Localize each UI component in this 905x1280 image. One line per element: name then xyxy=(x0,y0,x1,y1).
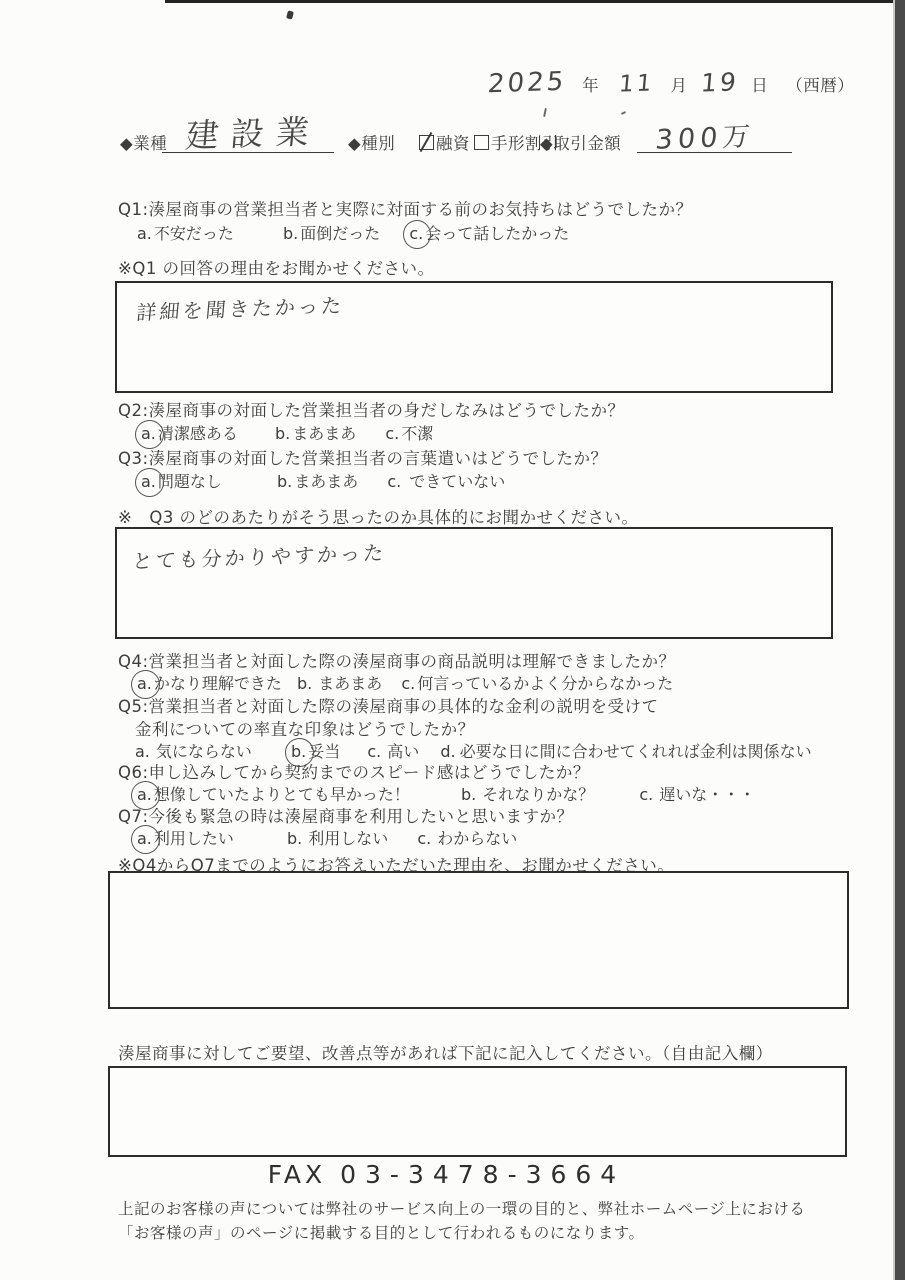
question-q5-text-line2: 金利についての率直な印象はどうでしたか？ xyxy=(135,716,475,740)
type-options: 融資手形割引 xyxy=(419,130,559,154)
industry-value-handwritten: 建設業 xyxy=(186,108,321,155)
q7-option-b-label: 利用しない xyxy=(308,826,388,849)
date-year-label: 年 xyxy=(582,72,599,96)
q1-reason-answer: 詳細を聞きたかった xyxy=(135,289,345,325)
fax-label: FAX xyxy=(268,1160,326,1189)
q3-option-a-letter-circled: a. xyxy=(141,472,156,491)
scan-speck xyxy=(286,10,294,19)
q3-reason-prompt: ※ Q3 のどのあたりがそう思ったのか具体的にお聞かせください。 xyxy=(118,504,639,528)
q6-option-c-label: 遅いな・・・ xyxy=(659,782,755,805)
date-era-note: （西暦） xyxy=(786,72,854,96)
q3-option-b-label: まあまあ xyxy=(294,469,358,492)
checkbox-bill-discount xyxy=(474,135,489,150)
amount-value-handwritten: 300万 xyxy=(656,116,755,155)
q4-option-a-letter-circled: a. xyxy=(137,674,152,693)
scanned-survey-form: 2025 年 11 月 19 日 （西暦） ◆業種 建設業 ◆種別 融資手形割引… xyxy=(0,0,905,1280)
q7-option-a-label: 利用したい xyxy=(154,826,234,849)
date-day-value: 19 xyxy=(700,67,740,97)
date-year-value: 2025 xyxy=(487,67,568,100)
question-q3-options: a.問題なし b.まあまあ c.できていない xyxy=(141,469,505,492)
question-q7-text: Q7:今後も緊急の時は湊屋商事を利用したいと思いますか？ xyxy=(118,803,574,827)
q1-option-c-label: 会って話したかった xyxy=(425,221,569,244)
q1-option-c-letter-circled: c. xyxy=(409,224,423,243)
q3-option-c-label: できていない xyxy=(409,469,505,492)
q1-option-b-label: 面倒だった xyxy=(300,221,380,244)
industry-underline xyxy=(162,152,334,153)
scan-edge-top xyxy=(165,0,905,3)
q3-reason-answer: とても分かりやすかった xyxy=(131,537,387,575)
q1-option-a-letter: a. xyxy=(137,224,152,243)
q6-option-a-letter-circled: a. xyxy=(137,785,152,804)
amount-label: ◆取引金額 xyxy=(540,130,621,154)
q2-option-c-letter: c. xyxy=(385,424,399,443)
q6-option-b-label: それなりかな？ xyxy=(482,782,594,805)
q2-option-b-label: まあまあ xyxy=(292,421,356,444)
date-line: 2025 年 11 月 19 日 （西暦） xyxy=(488,68,854,98)
question-q7-options: a.利用したい b.利用しない c.わからない xyxy=(137,826,517,849)
q7-option-c-letter: c. xyxy=(417,829,431,848)
question-q4-options: a.かなり理解できた b.まあまあ c.何言っているかよく分からなかった xyxy=(137,671,673,694)
footer-note-line2: 「お客様の声」のページに掲載する目的として行われるものになります。 xyxy=(118,1221,644,1243)
scan-speck xyxy=(543,108,547,117)
footer-note-line1: 上記のお客様の声については弊社のサービス向上の一環の目的と、弊社ホームページ上に… xyxy=(118,1197,805,1219)
q7-option-b-letter: b. xyxy=(287,829,302,848)
type-label: ◆種別 xyxy=(348,130,395,154)
scan-speck xyxy=(621,111,626,115)
date-month-label: 月 xyxy=(670,72,687,96)
q3-option-c-letter: c. xyxy=(387,472,401,491)
q1-option-b-letter: b. xyxy=(283,224,298,243)
question-q1-text: Q1:湊屋商事の営業担当者と実際に対面する前のお気持ちはどうでしたか？ xyxy=(118,196,693,220)
q3-reason-box: とても分かりやすかった xyxy=(115,527,833,639)
q1-option-a-label: 不安だった xyxy=(154,221,234,244)
q6-option-c-letter: c. xyxy=(639,785,653,804)
question-q2-text: Q2:湊屋商事の対面した営業担当者の身だしなみはどうでしたか？ xyxy=(118,397,625,421)
q2-option-b-letter: b. xyxy=(275,424,290,443)
question-q5-text-line1: Q5:営業担当者と対面した際の湊屋商事の具体的な金利の説明を受けて xyxy=(118,693,659,717)
industry-label: ◆業種 xyxy=(120,130,167,154)
question-q3-text: Q3:湊屋商事の対面した営業担当者の言葉遣いはどうでしたか？ xyxy=(118,445,608,469)
fax-number: 03-3478-3664 xyxy=(340,1160,625,1189)
amount-underline xyxy=(637,152,792,153)
q4-option-b-letter: b. xyxy=(297,674,312,693)
question-q4-text: Q4:営業担当者と対面した際の湊屋商事の商品説明は理解できましたか？ xyxy=(118,648,676,672)
q4-option-c-label: 何言っているかよく分からなかった xyxy=(417,671,673,694)
q2-option-a-label: 清潔感ある xyxy=(158,421,238,444)
q7-option-a-letter-circled: a. xyxy=(137,829,152,848)
q1-reason-box: 詳細を聞きたかった xyxy=(115,281,833,393)
q2-option-a-letter-circled: a. xyxy=(141,424,156,443)
date-month-value: 11 xyxy=(618,70,656,97)
q4-q7-reason-box xyxy=(108,871,849,1009)
q2-option-c-label: 不潔 xyxy=(401,421,433,444)
q3-option-a-label: 問題なし xyxy=(158,469,222,492)
free-entry-box xyxy=(108,1066,847,1157)
question-q2-options: a.清潔感ある b.まあまあ c.不潔 xyxy=(141,421,433,444)
question-q1-options: a.不安だった b.面倒だった c.会って話したかった xyxy=(137,221,569,244)
checkbox-loan-checked xyxy=(419,135,434,150)
fax-line: FAX03-3478-3664 xyxy=(0,1160,893,1189)
q4-option-c-letter: c. xyxy=(401,674,415,693)
q4-option-b-label: まあまあ xyxy=(318,671,382,694)
q6-option-a-label: 想像していたよりとても早かった！ xyxy=(154,782,410,805)
scan-edge-right xyxy=(893,0,905,1280)
q7-option-c-label: わからない xyxy=(437,826,517,849)
date-day-label: 日 xyxy=(751,72,768,96)
q1-reason-prompt: ※Q1 の回答の理由をお聞かせください。 xyxy=(118,255,435,279)
q3-option-b-letter: b. xyxy=(277,472,292,491)
q4-option-a-label: かなり理解できた xyxy=(154,671,282,694)
q6-option-b-letter: b. xyxy=(461,785,476,804)
question-q6-text: Q6:申し込みしてから契約までのスピード感はどうでしたか？ xyxy=(118,759,590,783)
question-q6-options: a.想像していたよりとても早かった！ b.それなりかな？ c.遅いな・・・ xyxy=(137,782,755,805)
type-option-loan: 融資 xyxy=(436,134,470,153)
free-entry-prompt: 湊屋商事に対してご要望、改善点等があれば下記に記入してください。（自由記入欄） xyxy=(118,1040,773,1064)
